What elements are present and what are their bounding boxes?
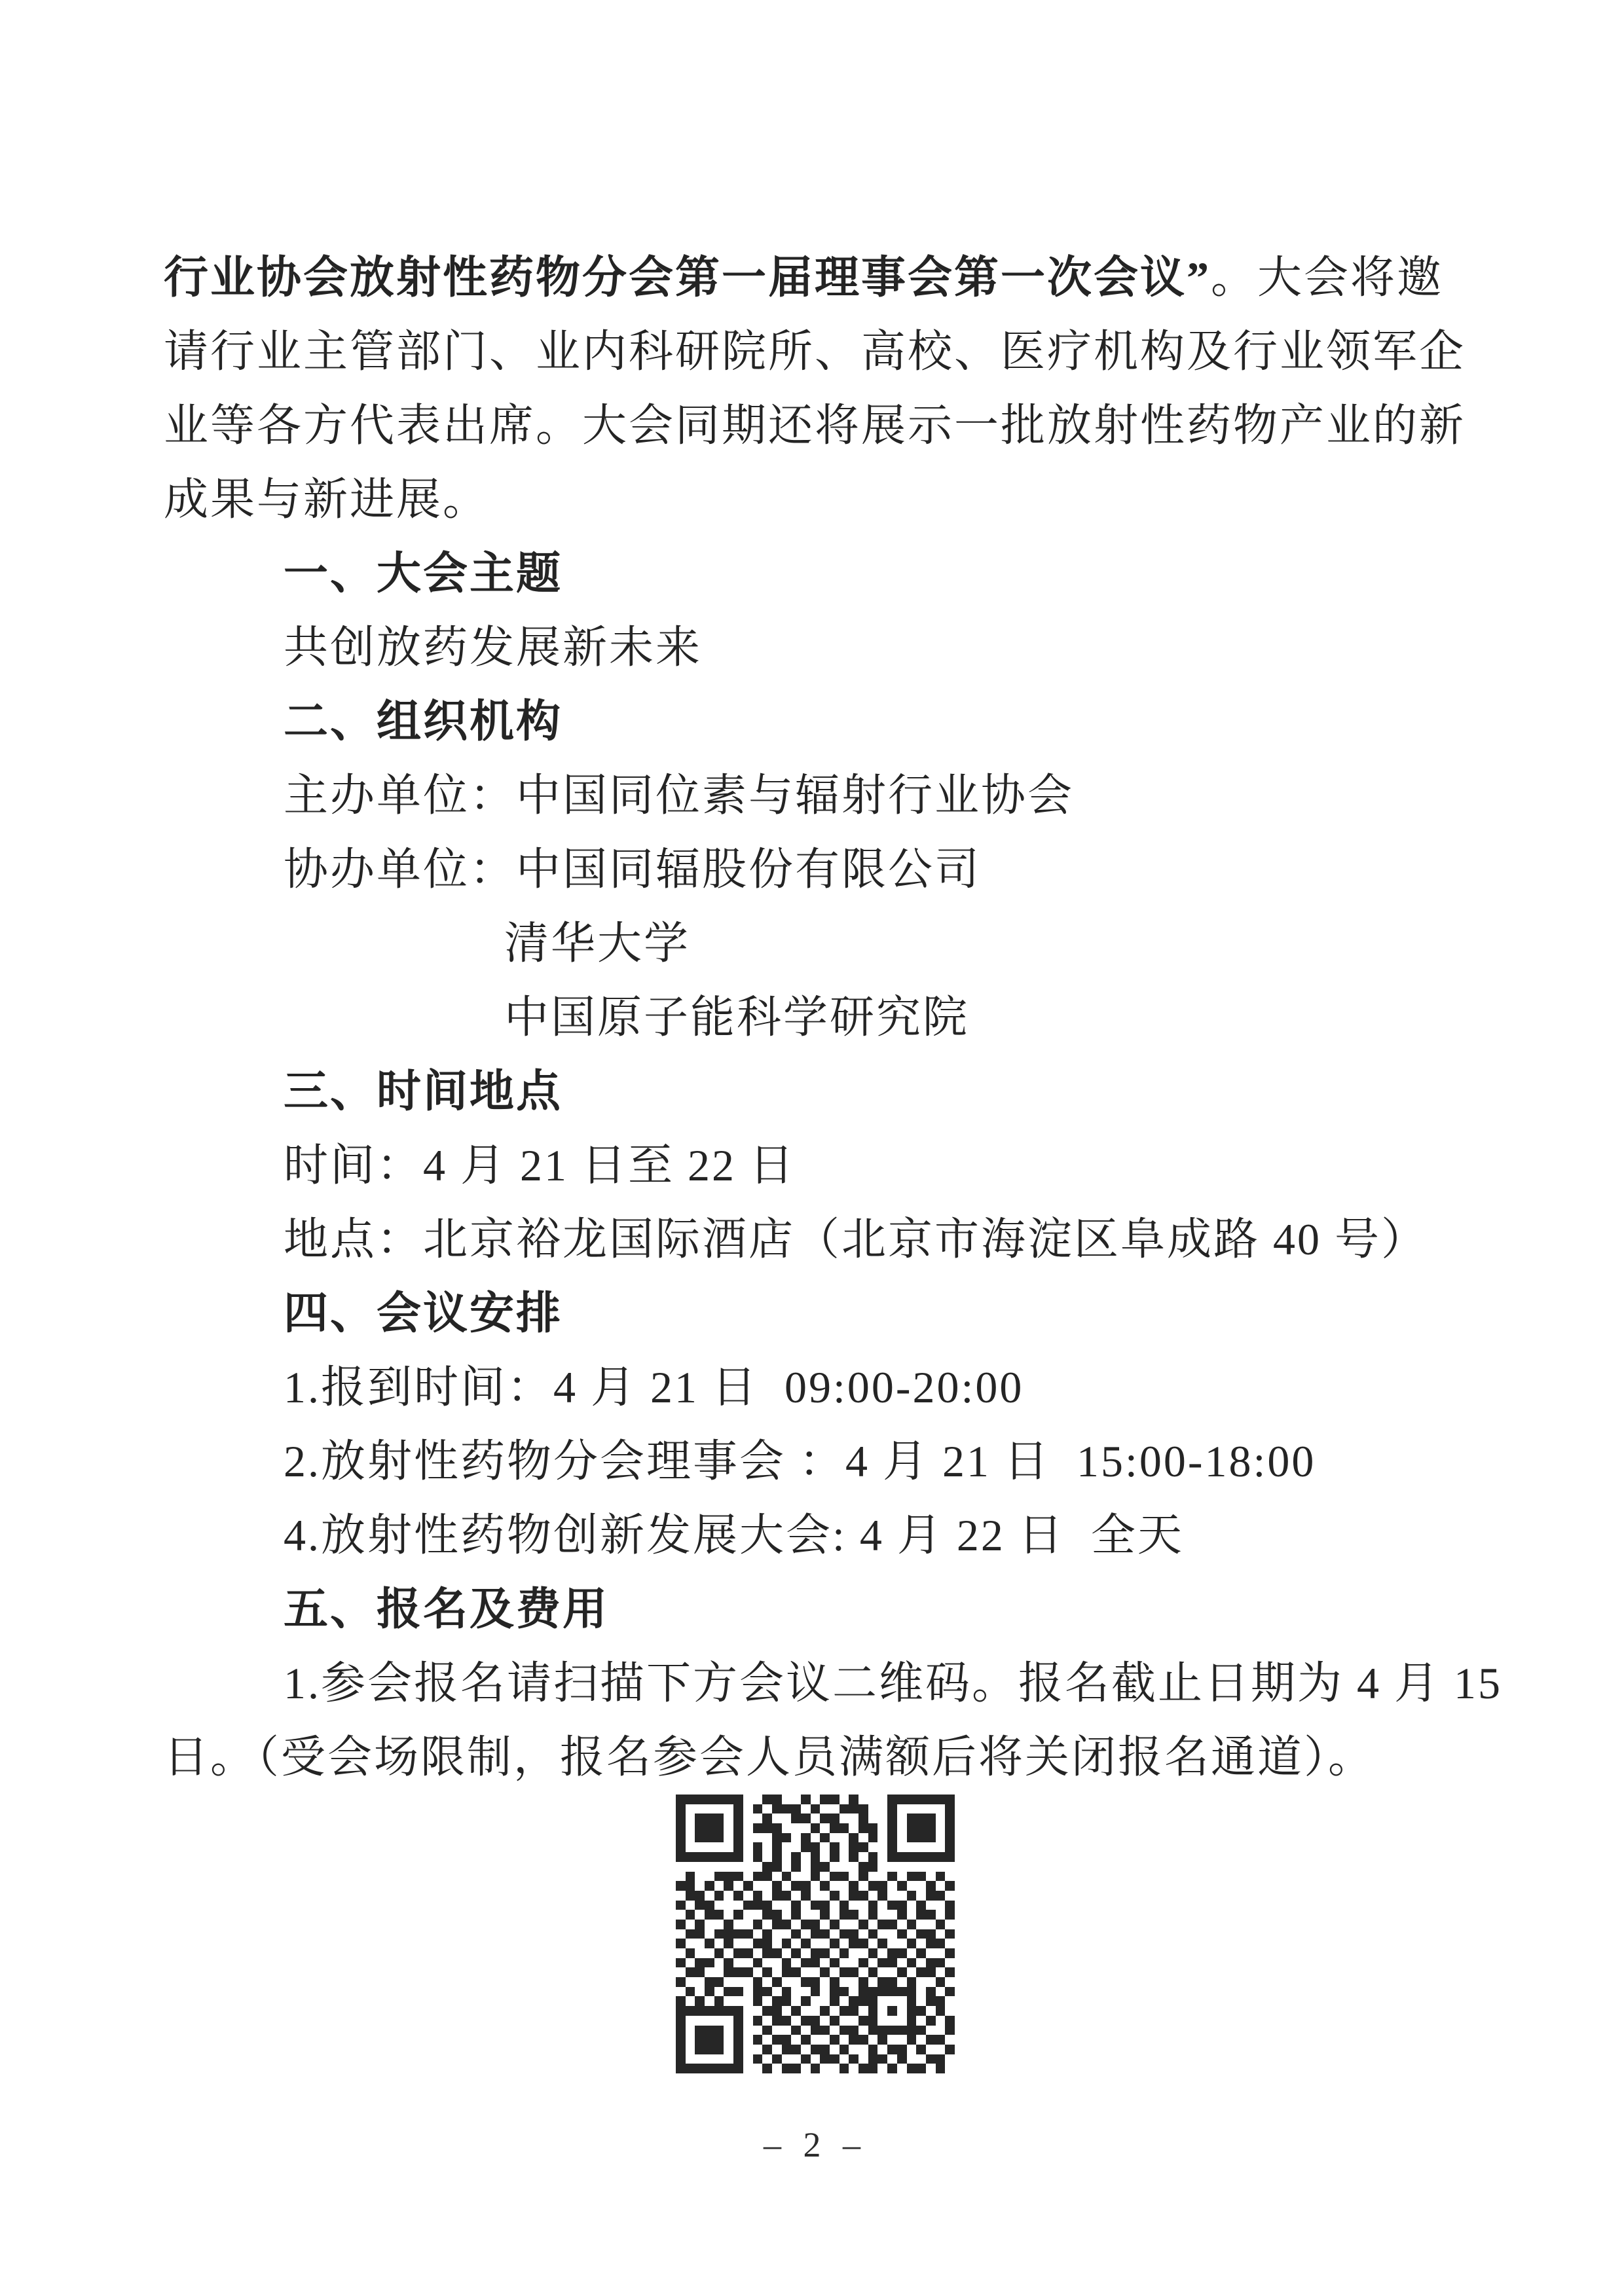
qr-module: [676, 1842, 686, 1852]
qr-module: [887, 1833, 897, 1843]
qr-module: [830, 2064, 840, 2073]
qr-module: [858, 2064, 868, 2073]
qr-module: [733, 1920, 743, 1929]
qr-module: [887, 1795, 897, 1804]
qr-module: [907, 1967, 917, 1977]
qr-module: [676, 1813, 686, 1823]
qr-module: [801, 1872, 811, 1882]
qr-module: [849, 1967, 858, 1977]
qr-module: [945, 1891, 955, 1901]
qr-module: [907, 1804, 917, 1814]
qr-module: [840, 1891, 849, 1901]
qr-module: [724, 1823, 733, 1833]
qr-module: [936, 1996, 946, 2006]
qr-module: [695, 2054, 705, 2064]
qr-module: [858, 1939, 868, 1948]
qr-module: [695, 1804, 705, 1814]
qr-module: [858, 2054, 868, 2064]
qr-module: [791, 1910, 801, 1920]
qr-module: [926, 2016, 936, 2026]
qr-module: [926, 1842, 936, 1852]
qr-module: [733, 2045, 743, 2054]
qr-module: [926, 2035, 936, 2045]
qr-module: [820, 2026, 830, 2035]
qr-module: [733, 1967, 743, 1977]
qr-module: [877, 1929, 887, 1939]
qr-module: [811, 1833, 821, 1843]
qr-module: [868, 2016, 878, 2026]
qr-module: [772, 1910, 782, 1920]
qr-module: [820, 2016, 830, 2026]
qr-module: [743, 2035, 753, 2045]
qr-module: [849, 1910, 858, 1920]
qr-module: [743, 1901, 753, 1910]
qr-module: [897, 2006, 907, 2016]
qr-module: [782, 1823, 792, 1833]
qr-module: [724, 1920, 733, 1929]
qr-module: [762, 2016, 772, 2026]
qr-module: [705, 1862, 714, 1872]
qr-module: [936, 1987, 946, 1997]
qr-module: [791, 1920, 801, 1929]
qr-module: [686, 2016, 695, 2026]
qr-module: [676, 1872, 686, 1882]
qr-module: [772, 1967, 782, 1977]
qr-module: [762, 1852, 772, 1862]
qr-module: [782, 1901, 792, 1910]
qr-module: [791, 1987, 801, 1997]
qr-module: [820, 1842, 830, 1852]
qr-module: [868, 2026, 878, 2035]
qr-module: [897, 1920, 907, 1929]
qr-module: [724, 1891, 733, 1901]
qr-module: [695, 2006, 705, 2016]
qr-module: [714, 1872, 724, 1882]
qr-module: [830, 1804, 840, 1814]
qr-module: [705, 2035, 714, 2045]
qr-module: [945, 1881, 955, 1891]
qr-module: [907, 1996, 917, 2006]
qr-module: [753, 1804, 763, 1814]
qr-module: [926, 1967, 936, 1977]
qr-module: [733, 1987, 743, 1997]
qr-module: [733, 1929, 743, 1939]
qr-module: [686, 2035, 695, 2045]
qr-module: [676, 1987, 686, 1997]
qr-module: [801, 1920, 811, 1929]
qr-module: [868, 1823, 878, 1833]
qr-module: [897, 1910, 907, 1920]
qr-module: [849, 1833, 858, 1843]
qr-module: [936, 1852, 946, 1862]
qr-module: [858, 1948, 868, 1958]
qr-module: [676, 1795, 686, 1804]
qr-module: [897, 1948, 907, 1958]
qr-module: [916, 2045, 926, 2054]
qr-module: [840, 1813, 849, 1823]
qr-module: [782, 1929, 792, 1939]
qr-module: [840, 2035, 849, 2045]
qr-module: [714, 1929, 724, 1939]
qr-module: [686, 1929, 695, 1939]
qr-module: [877, 1823, 887, 1833]
qr-module: [907, 1920, 917, 1929]
qr-module: [877, 1813, 887, 1823]
qr-module: [801, 1881, 811, 1891]
qr-module: [724, 1939, 733, 1948]
qr-module: [695, 1852, 705, 1862]
qr-module: [907, 1872, 917, 1882]
qr-module: [858, 1795, 868, 1804]
qr-module: [714, 1948, 724, 1958]
qr-module: [791, 1929, 801, 1939]
qr-module: [695, 1996, 705, 2006]
qr-module: [858, 1842, 868, 1852]
document-body: 行业协会放射性药物分会第一届理事会第一次会议”。大会将邀 请行业主管部门、业内科…: [0, 0, 1624, 2165]
qr-module: [762, 1842, 772, 1852]
qr-module: [686, 1910, 695, 1920]
qr-module: [926, 1948, 936, 1958]
qr-module: [714, 1901, 724, 1910]
qr-module: [705, 2045, 714, 2054]
qr-module: [733, 1842, 743, 1852]
qr-module: [916, 1891, 926, 1901]
qr-module: [772, 1804, 782, 1814]
qr-module: [858, 1910, 868, 1920]
qr-module: [897, 2054, 907, 2064]
qr-module: [811, 1977, 821, 1987]
qr-module: [877, 1872, 887, 1882]
qr-module: [782, 1910, 792, 1920]
qr-module: [849, 1958, 858, 1968]
qr-module: [868, 1939, 878, 1948]
qr-module: [897, 1842, 907, 1852]
qr-module: [820, 1872, 830, 1882]
qr-module: [772, 1862, 782, 1872]
qr-module: [724, 1852, 733, 1862]
qr-module: [772, 1987, 782, 1997]
heading-conference-theme: 一、大会主题: [284, 537, 1467, 611]
qr-module: [926, 1833, 936, 1843]
qr-module: [801, 1996, 811, 2006]
qr-module: [887, 1996, 897, 2006]
qr-module: [945, 2006, 955, 2016]
qr-module: [714, 1920, 724, 1929]
qr-module: [820, 1939, 830, 1948]
qr-module: [936, 1842, 946, 1852]
qr-module: [877, 1842, 887, 1852]
qr-module: [772, 1833, 782, 1843]
qr-module: [868, 1929, 878, 1939]
qr-module: [772, 1891, 782, 1901]
qr-module: [811, 1929, 821, 1939]
qr-module: [753, 2006, 763, 2016]
qr-module: [907, 1891, 917, 1901]
qr-module: [868, 2035, 878, 2045]
qr-module: [840, 1987, 849, 1997]
qr-module: [676, 1891, 686, 1901]
qr-module: [936, 1901, 946, 1910]
qr-module: [686, 1823, 695, 1833]
qr-module: [916, 1813, 926, 1823]
qr-module: [782, 1939, 792, 1948]
qr-module: [945, 1842, 955, 1852]
qr-module: [762, 1872, 772, 1882]
qr-module: [820, 2064, 830, 2073]
qr-module: [936, 1958, 946, 1968]
qr-module: [705, 2064, 714, 2073]
qr-module: [916, 2006, 926, 2016]
qr-module: [897, 1881, 907, 1891]
qr-module: [762, 1967, 772, 1977]
qr-module: [791, 1823, 801, 1833]
qr-module: [887, 2026, 897, 2035]
qr-module: [840, 2026, 849, 2035]
qr-module: [714, 2026, 724, 2035]
qr-module: [772, 1795, 782, 1804]
qr-module: [820, 1958, 830, 1968]
qr-module: [936, 1920, 946, 1929]
qr-module: [714, 2016, 724, 2026]
qr-module: [897, 1862, 907, 1872]
qr-module: [695, 1813, 705, 1823]
qr-module: [811, 1920, 821, 1929]
qr-module: [743, 1881, 753, 1891]
qr-module: [695, 1977, 705, 1987]
qr-module: [926, 2006, 936, 2016]
conference-theme-text: 共创放药发展新未来: [284, 611, 1467, 685]
qr-module: [801, 2064, 811, 2073]
qr-module: [724, 1910, 733, 1920]
qr-module: [887, 1910, 897, 1920]
qr-module: [858, 1996, 868, 2006]
qr-module: [830, 2054, 840, 2064]
qr-module: [945, 1862, 955, 1872]
qr-module: [926, 1901, 936, 1910]
qr-module: [820, 1948, 830, 1958]
qr-module: [705, 1920, 714, 1929]
qr-module: [811, 1967, 821, 1977]
qr-module: [858, 1929, 868, 1939]
qr-module: [762, 1862, 772, 1872]
qr-module: [849, 1813, 858, 1823]
qr-module: [811, 1881, 821, 1891]
qr-module: [926, 1939, 936, 1948]
qr-module: [897, 1852, 907, 1862]
heading-registration: 五、报名及费用: [284, 1573, 1467, 1647]
qr-module: [791, 2006, 801, 2016]
qr-module: [830, 1862, 840, 1872]
qr-module: [830, 1929, 840, 1939]
qr-module: [858, 1920, 868, 1929]
qr-module: [916, 1929, 926, 1939]
qr-module: [887, 1901, 897, 1910]
qr-module: [733, 1852, 743, 1862]
qr-module: [868, 1872, 878, 1882]
qr-module: [753, 1901, 763, 1910]
qr-module: [714, 1795, 724, 1804]
qr-module: [877, 2064, 887, 2073]
qr-module: [791, 1891, 801, 1901]
qr-module: [887, 2016, 897, 2026]
qr-module: [686, 1958, 695, 1968]
qr-module: [926, 1929, 936, 1939]
qr-module: [801, 1929, 811, 1939]
qr-module: [686, 1852, 695, 1862]
qr-module: [916, 2035, 926, 2045]
qr-module: [840, 1795, 849, 1804]
qr-module: [801, 1948, 811, 1958]
qr-module: [916, 1795, 926, 1804]
intro-line-4: 成果与新进展。: [164, 463, 1467, 537]
qr-module: [801, 1958, 811, 1968]
qr-module: [907, 1901, 917, 1910]
qr-module: [733, 1823, 743, 1833]
qr-module: [753, 1795, 763, 1804]
qr-module: [695, 1842, 705, 1852]
qr-module: [743, 1967, 753, 1977]
qr-module: [868, 1901, 878, 1910]
qr-module: [877, 1862, 887, 1872]
qr-module: [868, 1833, 878, 1843]
qr-module: [705, 1910, 714, 1920]
qr-module: [743, 1929, 753, 1939]
qr-module: [858, 1804, 868, 1814]
qr-module: [820, 2035, 830, 2045]
qr-module: [791, 1872, 801, 1882]
qr-module: [743, 2054, 753, 2064]
qr-module: [840, 1948, 849, 1958]
qr-module: [936, 1910, 946, 1920]
qr-module: [733, 2035, 743, 2045]
qr-module: [686, 1996, 695, 2006]
qr-module: [705, 1833, 714, 1843]
qr-module: [762, 1987, 772, 1997]
qr-module: [830, 1920, 840, 1929]
qr-module: [676, 2016, 686, 2026]
qr-module: [782, 2054, 792, 2064]
qr-module: [791, 2035, 801, 2045]
qr-module: [705, 1891, 714, 1901]
qr-module: [926, 2026, 936, 2035]
qr-module: [772, 1948, 782, 1958]
qr-module: [743, 1813, 753, 1823]
qr-module: [877, 1920, 887, 1929]
qr-module: [724, 1958, 733, 1968]
qr-module: [762, 1948, 772, 1958]
qr-module: [868, 2006, 878, 2016]
qr-module: [868, 1996, 878, 2006]
qr-module: [743, 1920, 753, 1929]
qr-module: [753, 2035, 763, 2045]
qr-module: [801, 2016, 811, 2026]
qr-module: [714, 2006, 724, 2016]
qr-module: [782, 1795, 792, 1804]
qr-module: [877, 1852, 887, 1862]
qr-module: [801, 1987, 811, 1997]
qr-module: [743, 1872, 753, 1882]
qr-module: [714, 2045, 724, 2054]
qr-module: [936, 2016, 946, 2026]
qr-module: [772, 2064, 782, 2073]
qr-module: [926, 1977, 936, 1987]
qr-module: [686, 2045, 695, 2054]
qr-module: [772, 1996, 782, 2006]
qr-module: [743, 1996, 753, 2006]
qr-module: [916, 1872, 926, 1882]
registration-qr-code: [676, 1795, 955, 2073]
qr-module: [714, 1891, 724, 1901]
qr-module: [840, 1920, 849, 1929]
qr-module: [945, 1910, 955, 1920]
qr-module: [695, 1891, 705, 1901]
qr-module: [791, 1948, 801, 1958]
qr-module: [733, 1977, 743, 1987]
qr-module: [830, 1901, 840, 1910]
qr-module: [858, 1977, 868, 1987]
qr-module: [849, 1872, 858, 1882]
qr-module: [820, 1881, 830, 1891]
qr-module: [695, 1939, 705, 1948]
qr-module: [945, 1920, 955, 1929]
qr-module: [733, 1872, 743, 1882]
qr-module: [791, 2064, 801, 2073]
qr-module: [916, 2016, 926, 2026]
qr-module: [849, 1795, 858, 1804]
qr-module: [743, 1977, 753, 1987]
qr-module: [705, 2054, 714, 2064]
qr-module: [801, 1833, 811, 1843]
qr-module: [676, 1804, 686, 1814]
qr-module: [868, 1948, 878, 1958]
qr-module: [887, 1881, 897, 1891]
qr-module: [907, 1939, 917, 1948]
qr-module: [887, 1862, 897, 1872]
qr-module: [791, 2016, 801, 2026]
qr-module: [897, 1967, 907, 1977]
qr-module: [753, 1987, 763, 1997]
qr-module: [714, 1881, 724, 1891]
qr-module: [897, 1929, 907, 1939]
qr-module: [945, 1977, 955, 1987]
qr-module: [743, 1804, 753, 1814]
intro-line-3: 业等各方代表出席。大会同期还将展示一批放射性药物产业的新: [164, 389, 1467, 463]
qr-module: [714, 1813, 724, 1823]
qr-module: [782, 1987, 792, 1997]
qr-module: [801, 2006, 811, 2016]
location-line: 地点：北京裕龙国际酒店（北京市海淀区阜成路 40 号）: [284, 1203, 1467, 1277]
qr-module: [676, 2054, 686, 2064]
qr-module: [830, 2045, 840, 2054]
qr-module: [936, 1813, 946, 1823]
qr-module: [753, 2045, 763, 2054]
qr-module: [695, 2064, 705, 2073]
qr-module: [811, 1804, 821, 1814]
qr-module: [916, 1823, 926, 1833]
qr-module: [743, 2026, 753, 2035]
qr-module: [714, 2064, 724, 2073]
qr-module: [762, 1901, 772, 1910]
qr-module: [916, 2054, 926, 2064]
qr-module: [724, 1996, 733, 2006]
qr-module: [945, 1823, 955, 1833]
qr-module: [916, 1958, 926, 1968]
qr-module: [753, 1929, 763, 1939]
qr-module: [791, 1795, 801, 1804]
qr-module: [753, 1813, 763, 1823]
qr-module: [897, 1795, 907, 1804]
qr-module: [820, 1852, 830, 1862]
